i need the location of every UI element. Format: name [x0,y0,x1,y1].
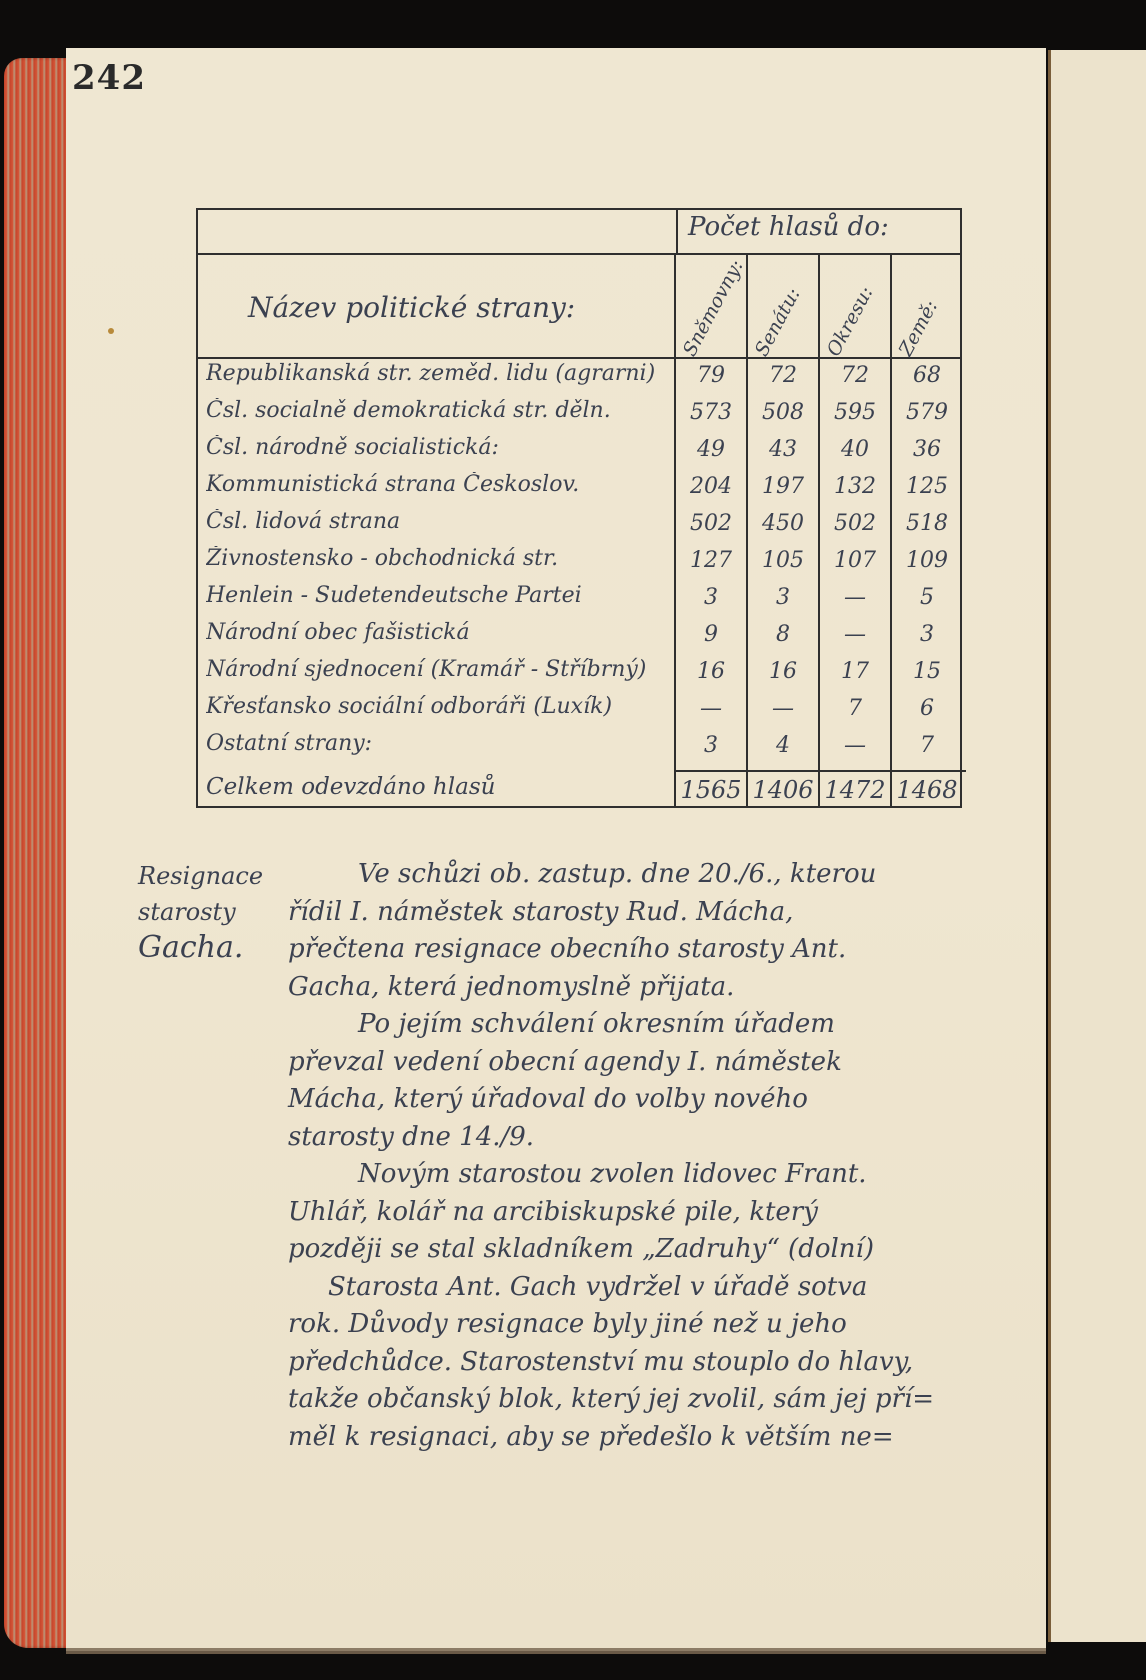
page-number: 242 [72,58,146,98]
votes-senat: 3 [748,585,818,610]
text-line: přečtena resignace obecního starosty Ant… [288,931,948,969]
total-senat: 1406 [748,776,818,804]
party-name: Křesťansko sociální odboráři (Luxík) [206,694,676,719]
votes-senat: 508 [748,400,818,425]
facing-page [1048,50,1146,1642]
total-snemovna: 1565 [676,776,746,804]
table-row: Kommunistická strana Českoslov. 204 197 … [198,470,960,508]
party-name: Národní sjednocení (Kramář - Stříbrný) [206,657,676,682]
table-title-row: Počet hlasů do: [198,210,960,255]
text-line: Po jejím schválení okresním úřadem [288,1006,948,1044]
votes-okres: 107 [820,548,890,573]
votes-okres: — [820,585,890,610]
text-line: měl k resignaci, aby se předešlo k větší… [288,1419,948,1457]
votes-senat: — [748,696,818,721]
votes-okres: 502 [820,511,890,536]
votes-zeme: 518 [892,511,962,536]
table-row: Čsl. národně socialistická: 49 43 40 36 [198,433,960,471]
party-name: Kommunistická strana Českoslov. [206,472,676,497]
table-row: Živnostensko - obchodnická str. 127 105 … [198,544,960,582]
votes-snemovna: 16 [676,659,746,684]
votes-senat: 197 [748,474,818,499]
table-row: Křesťansko sociální odboráři (Luxík) — —… [198,692,960,730]
total-okres: 1472 [820,776,890,804]
votes-zeme: 579 [892,400,962,425]
margin-note-line: Gacha. [138,930,263,966]
text-line: předchůdce. Starostenství mu stouplo do … [288,1344,948,1382]
text-line: Ve schůzi ob. zastup. dne 20./6., kterou [288,856,948,894]
party-name: Národní obec fašistická [206,620,676,645]
table-row: Národní obec fašistická 9 8 — 3 [198,618,960,656]
margin-note: Resignace starosty Gacha. [138,858,263,966]
election-results-table: Počet hlasů do: Název politické strany: … [196,208,962,808]
party-name: Čsl. socialně demokratická str. děln. [206,398,676,423]
votes-zeme: 125 [892,474,962,499]
table-row: Čsl. socialně demokratická str. děln. 57… [198,396,960,434]
text-line: převzal vedení obecní agendy I. náměstek [288,1044,948,1082]
total-zeme: 1468 [892,776,962,804]
table-row: Národní sjednocení (Kramář - Stříbrný) 1… [198,655,960,693]
chronicle-text: Ve schůzi ob. zastup. dne 20./6., kterou… [288,856,948,1456]
text-line: Uhlář, kolář na arcibiskupské pile, kter… [288,1194,948,1232]
text-line: Starosta Ant. Gach vydržel v úřadě sotva [288,1269,948,1307]
votes-snemovna: — [676,696,746,721]
table-row: Ostatní strany: 3 4 — 7 [198,729,960,767]
text-line: řídil I. náměstek starosty Rud. Mácha, [288,894,948,932]
party-name: Henlein - Sudetendeutsche Partei [206,583,676,608]
votes-snemovna: 127 [676,548,746,573]
text-line: později se stal skladníkem „Zadruhy“ (do… [288,1231,948,1269]
votes-okres: — [820,622,890,647]
votes-snemovna: 502 [676,511,746,536]
party-name-header: Název politické strany: [248,291,575,324]
votes-zeme: 68 [892,363,962,388]
votes-okres: 595 [820,400,890,425]
party-name: Čsl. lidová strana [206,509,676,534]
votes-snemovna: 204 [676,474,746,499]
table-title: Počet hlasů do: [688,212,889,242]
votes-snemovna: 49 [676,437,746,462]
votes-okres: 17 [820,659,890,684]
votes-senat: 4 [748,733,818,758]
margin-note-line: starosty [138,894,263,930]
votes-senat: 72 [748,363,818,388]
table-row: Republikanská str. zeměd. lidu (agrarni)… [198,359,960,397]
text-line: rok. Důvody resignace byly jiné než u je… [288,1306,948,1344]
votes-senat: 450 [748,511,818,536]
votes-snemovna: 3 [676,733,746,758]
table-row: Henlein - Sudetendeutsche Partei 3 3 — 5 [198,581,960,619]
votes-senat: 105 [748,548,818,573]
votes-okres: 72 [820,363,890,388]
votes-snemovna: 9 [676,622,746,647]
votes-okres: 40 [820,437,890,462]
book-page-edges [4,58,74,1648]
party-name: Republikanská str. zeměd. lidu (agrarni) [206,361,676,386]
margin-note-line: Resignace [138,858,263,894]
votes-zeme: 5 [892,585,962,610]
votes-zeme: 15 [892,659,962,684]
votes-snemovna: 79 [676,363,746,388]
party-name: Živnostensko - obchodnická str. [206,546,676,571]
party-name: Ostatní strany: [206,731,676,756]
votes-senat: 16 [748,659,818,684]
text-line: starosty dne 14./9. [288,1119,948,1157]
votes-okres: 132 [820,474,890,499]
votes-zeme: 7 [892,733,962,758]
table-row: Čsl. lidová strana 502 450 502 518 [198,507,960,545]
party-name: Čsl. národně socialistická: [206,435,676,460]
text-line: Novým starostou zvolen lidovec Frant. [288,1156,948,1194]
votes-zeme: 3 [892,622,962,647]
total-label: Celkem odevzdáno hlasů [206,774,676,800]
votes-snemovna: 3 [676,585,746,610]
table-total-row: Celkem odevzdáno hlasů 1565 1406 1472 14… [198,772,960,808]
votes-senat: 8 [748,622,818,647]
votes-zeme: 36 [892,437,962,462]
votes-zeme: 6 [892,696,962,721]
votes-zeme: 109 [892,548,962,573]
text-line: Mácha, který úřadoval do volby nového [288,1081,948,1119]
table-title-cell: Počet hlasů do: [676,210,964,253]
votes-snemovna: 573 [676,400,746,425]
votes-okres: — [820,733,890,758]
votes-senat: 43 [748,437,818,462]
text-line: Gacha, která jednomyslně přijata. [288,969,948,1007]
votes-okres: 7 [820,696,890,721]
text-line: takže občanský blok, který jej zvolil, s… [288,1381,948,1419]
ink-spot [108,328,114,334]
